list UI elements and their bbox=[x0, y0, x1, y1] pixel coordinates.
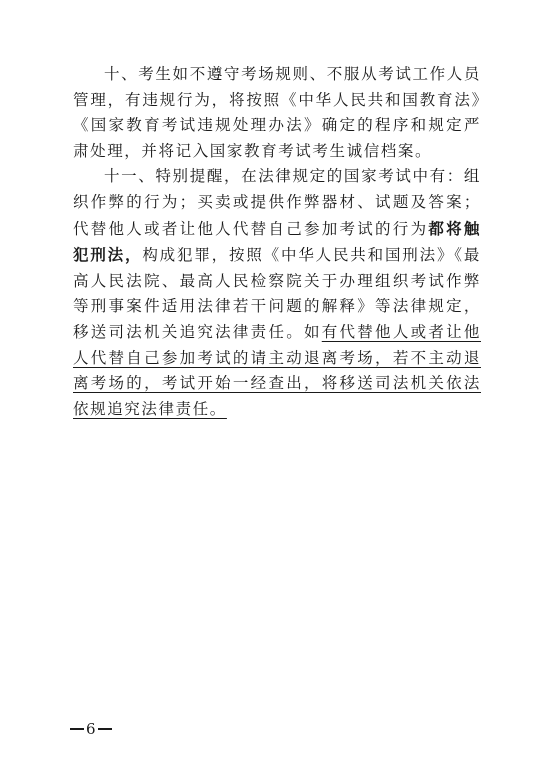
page-footer: 6 bbox=[70, 720, 112, 738]
dash-left bbox=[70, 728, 84, 730]
paragraph-item-10: 十、考生如不遵守考场规则、不服从考试工作人员管理，有违规行为，将按照《中华人民共… bbox=[73, 62, 481, 164]
document-body: 十、考生如不遵守考场规则、不服从考试工作人员管理，有违规行为，将按照《中华人民共… bbox=[73, 62, 481, 422]
page-number: 6 bbox=[86, 720, 96, 738]
paragraph-item-11: 十一、特别提醒，在法律规定的国家考试中有：组织作弊的行为；买卖或提供作弊器材、试… bbox=[73, 164, 481, 422]
dash-right bbox=[98, 728, 112, 730]
paragraph-item-11-text-1: 十一、特别提醒，在法律规定的国家考试中有：组织作弊的行为；买卖或提供作弊器材、试… bbox=[73, 167, 481, 237]
document-page: 十、考生如不遵守考场规则、不服从考试工作人员管理，有违规行为，将按照《中华人民共… bbox=[0, 0, 550, 781]
